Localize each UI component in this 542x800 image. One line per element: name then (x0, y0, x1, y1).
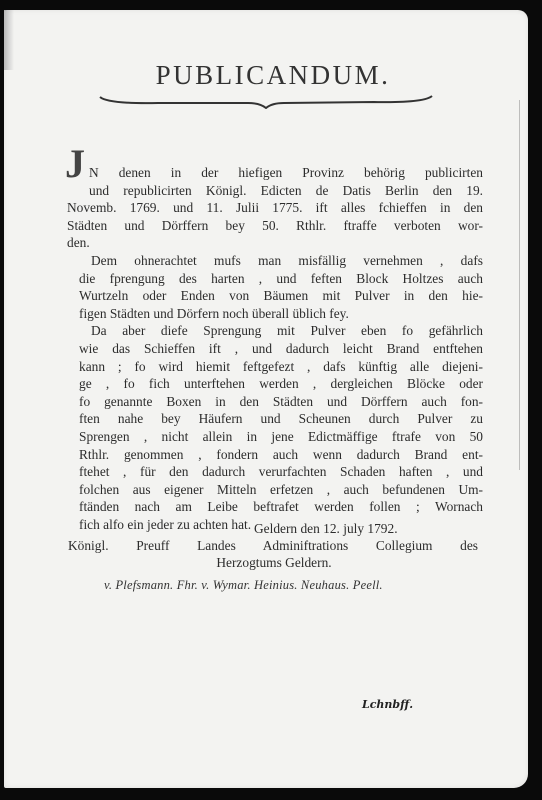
text-line: Städten und Dörffern bey 50. Rthlr. ftra… (67, 217, 483, 235)
text-line: Wurtzeln oder Enden von Bäumen mit Pulve… (67, 287, 483, 305)
date-place-line: Geldern den 12. july 1792. (254, 521, 398, 537)
paragraph-3: Da aber diefe Sprengung mit Pulver eben … (67, 322, 483, 533)
text-line: ftehet , für den dadurch verurfachten Sc… (67, 463, 483, 481)
issuing-authority-line-1: Königl. Preuff Landes Adminiftrations Co… (68, 538, 478, 554)
page-edge-crease (519, 100, 520, 470)
text-line: figen Städten und Dörfern noch überall ü… (67, 305, 483, 323)
signatories-line: v. Plefsmann. Fhr. v. Wymar. Heinius. Ne… (104, 578, 434, 593)
document-body: J N denen in der hiefigen Provinz behöri… (67, 146, 483, 533)
text-line: Da aber diefe Sprengung mit Pulver eben … (67, 322, 483, 340)
text-line: ge , fo fich unterftehen werden , dergle… (67, 375, 483, 393)
page-fold-shadow (4, 10, 14, 70)
text-line: wie das Schieffen ift , und dadurch leic… (67, 340, 483, 358)
paragraph-1: J N denen in der hiefigen Provinz behöri… (67, 146, 483, 252)
paragraph-2: Dem ohnerachtet mufs man misfällig verne… (67, 252, 483, 322)
issuing-authority-line-2: Herzogtums Geldern. (74, 555, 474, 571)
text-line: Rthlr. genommen , fondern auch wenn dadu… (67, 446, 483, 464)
text-line: ftänden nach am Leibe beftrafet werden f… (67, 498, 483, 516)
decorative-brace-rule (98, 95, 434, 109)
text-line: den. (67, 234, 483, 252)
text-line: Dem ohnerachtet mufs man misfällig verne… (67, 252, 483, 270)
text-line: Novemb. 1769. und 11. Julii 1775. ift al… (67, 199, 483, 217)
drop-cap: J (65, 146, 85, 182)
text-line: fo genannte Boxen in den Städten und Dör… (67, 393, 483, 411)
text-line: N denen in der hiefigen Provinz behörig … (67, 146, 483, 182)
handwritten-annotation: Lchnbff. (362, 698, 413, 711)
document-page: PUBLICANDUM. J N denen in der hiefigen P… (4, 10, 528, 788)
document-title: PUBLICANDUM. (108, 60, 438, 91)
text-line: folchen aus eigener Mitteln erfetzen , a… (67, 481, 483, 499)
text-line: ften nahe bey Häufern und Scheunen durch… (67, 410, 483, 428)
text-line: Sprengen , nicht allein in jene Edictmäf… (67, 428, 483, 446)
text-line: kann ; fo wird hiemit feftgefezt , dafs … (67, 358, 483, 376)
text-line: und republicirten Königl. Edicten de Dat… (67, 182, 483, 200)
text-line: die fprengung des harten , und feften Bl… (67, 270, 483, 288)
